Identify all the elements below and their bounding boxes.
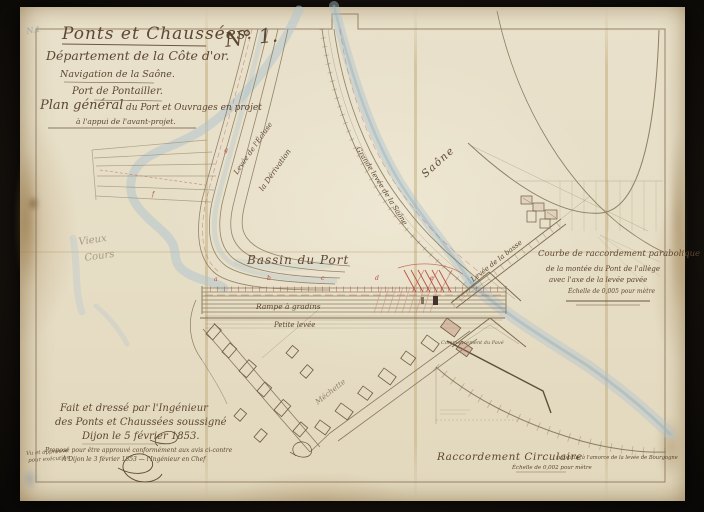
signature-line-3: Dijon le 5 février 1853. (82, 432, 200, 442)
title-line-3: Navigation de la Saône. (60, 70, 175, 80)
signature-line-5: À Dijon le 3 février 1853 — l'Ingénieur … (62, 457, 205, 463)
basin-label: Bassin du Port (247, 254, 349, 266)
title-line-5a: Plan général (40, 99, 123, 112)
pave-label: Commencement du Pavé (441, 341, 504, 346)
parabolic-note-scale: Échelle de 0,005 pour mètre (568, 289, 655, 295)
title-line-5b: du Port et Ouvrages en projet (126, 104, 262, 113)
station-letter: f (152, 192, 154, 198)
ink-smudge (22, 468, 38, 490)
paper-stain (14, 150, 40, 290)
signature-line-2: des Ponts et Chaussées soussigné (55, 418, 227, 428)
photo-backdrop: N.1 Ponts et Chaussées. Département de l… (0, 0, 704, 512)
station-letter: g (224, 148, 228, 154)
title-line-4: Port de Pontailler. (72, 87, 163, 97)
fold-crease (414, 7, 417, 501)
paper-stain (28, 196, 39, 211)
paper-stain (656, 415, 684, 479)
parabolic-note-line-3: avec l'axe de la levée pavée (549, 277, 647, 284)
paper-stain (668, 130, 688, 310)
station-letter: c (321, 276, 324, 282)
title-line-2: Département de la Côte d'or. (46, 50, 229, 63)
station-letter: d (375, 276, 379, 282)
station-letter: b (267, 276, 271, 282)
parabolic-note-line-2: de la montée du Pont de l'allège (546, 266, 660, 273)
station-letter: a (214, 277, 218, 283)
signature-line-1: Fait et dressé par l'Ingénieur (60, 404, 208, 414)
title-line-6: à l'appui de l'avant-projet. (76, 118, 176, 126)
sheet-number: N° 1. (224, 24, 279, 49)
petite-levee-label: Petite levée (274, 322, 315, 329)
rampe-label: Rampe à gradins (256, 303, 321, 311)
station-letter: e (430, 276, 434, 282)
parabolic-note-line-1: Courbe de raccordement parabolique (538, 250, 700, 259)
circular-note-scale: Échelle de 0,002 pour mètre (512, 466, 592, 472)
signature-line-4: Proposé pour être approuvé conformément … (45, 448, 232, 454)
circular-note-suffix: substitué à l'amorce de la levée de Bour… (556, 456, 678, 461)
